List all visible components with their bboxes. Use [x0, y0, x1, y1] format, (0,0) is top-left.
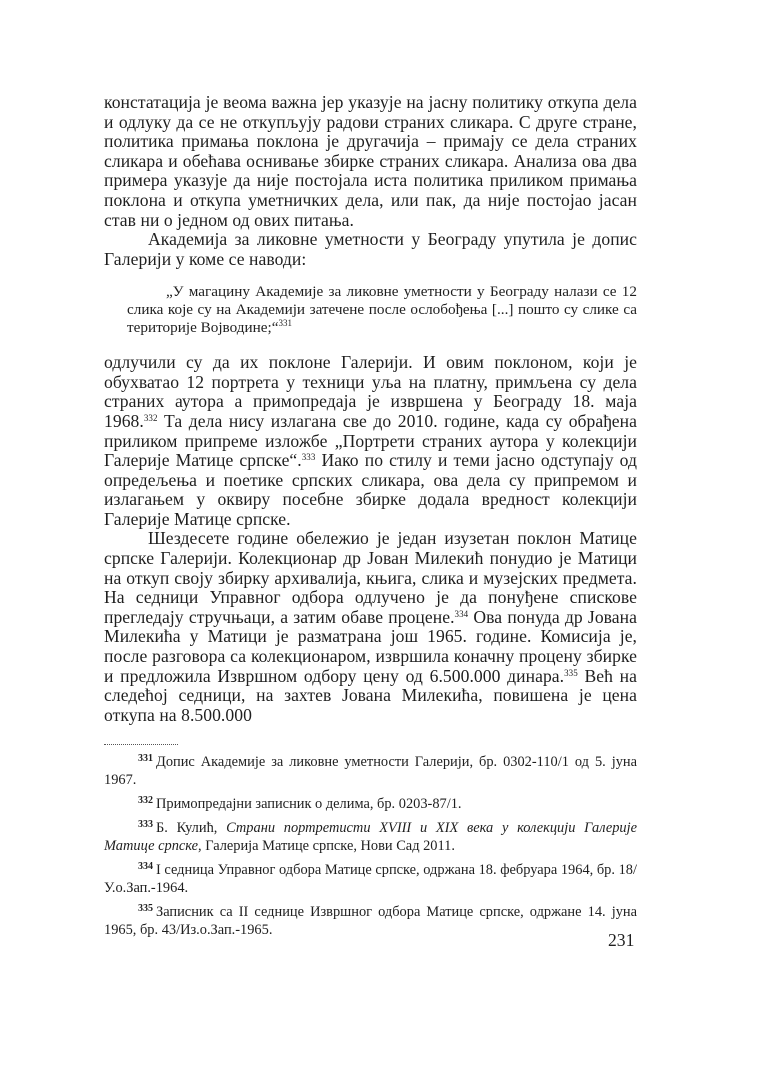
paragraph-3: одлучили су да их поклоне Галерији. И ов… [104, 353, 637, 529]
footnote-number: 331 [138, 753, 153, 764]
footnote-ref-335[interactable]: 335 [564, 668, 578, 678]
footnote-332: 332Примопредајни записник о делима, бр. … [104, 795, 637, 813]
footnote-text: Примопредајни записник о делима, бр. 020… [156, 796, 462, 812]
footnote-number: 333 [138, 819, 153, 830]
book-page: констатација је веома важна јер указује … [104, 93, 637, 945]
page-number: 231 [608, 930, 634, 951]
paragraph-2: Академија за ликовне уметности у Београд… [104, 230, 637, 269]
block-quote: „У магацину Академије за ликовне уметнос… [127, 283, 637, 336]
paragraph-4: Шездесете године обележио је један изузе… [104, 529, 637, 725]
footnote-text: Записник са II седнице Извршног одбора М… [104, 904, 637, 938]
footnote-ref-332[interactable]: 332 [144, 413, 158, 423]
footnote-number: 334 [138, 861, 153, 872]
quote-text: „У магацину Академије за ликовне уметнос… [127, 283, 637, 335]
footnote-ref-333[interactable]: 333 [302, 452, 316, 462]
footnotes: 331Допис Академије за ликовне уметности … [104, 753, 637, 939]
footnote-number: 332 [138, 795, 153, 806]
footnote-333: 333Б. Кулић, Страни портретисти XVIII и … [104, 819, 637, 855]
footnote-334: 334I седница Управног одбора Матице српс… [104, 861, 637, 897]
paragraph-1: констатација је веома важна јер указује … [104, 93, 637, 230]
footnote-335: 335Записник са II седнице Извршног одбор… [104, 903, 637, 939]
footnote-text-before: Б. Кулић, [156, 820, 226, 836]
footnote-text: I седница Управног одбора Матице српске,… [104, 862, 637, 896]
footnote-331: 331Допис Академије за ликовне уметности … [104, 753, 637, 789]
footnote-separator [104, 744, 178, 745]
footnote-text-after: , Галерија Матице српске, Нови Сад 2011. [198, 838, 455, 854]
footnote-text: Допис Академије за ликовне уметности Гал… [104, 754, 637, 788]
footnote-ref-331[interactable]: 331 [278, 318, 292, 328]
footnote-ref-334[interactable]: 334 [455, 609, 469, 619]
footnote-number: 335 [138, 903, 153, 914]
